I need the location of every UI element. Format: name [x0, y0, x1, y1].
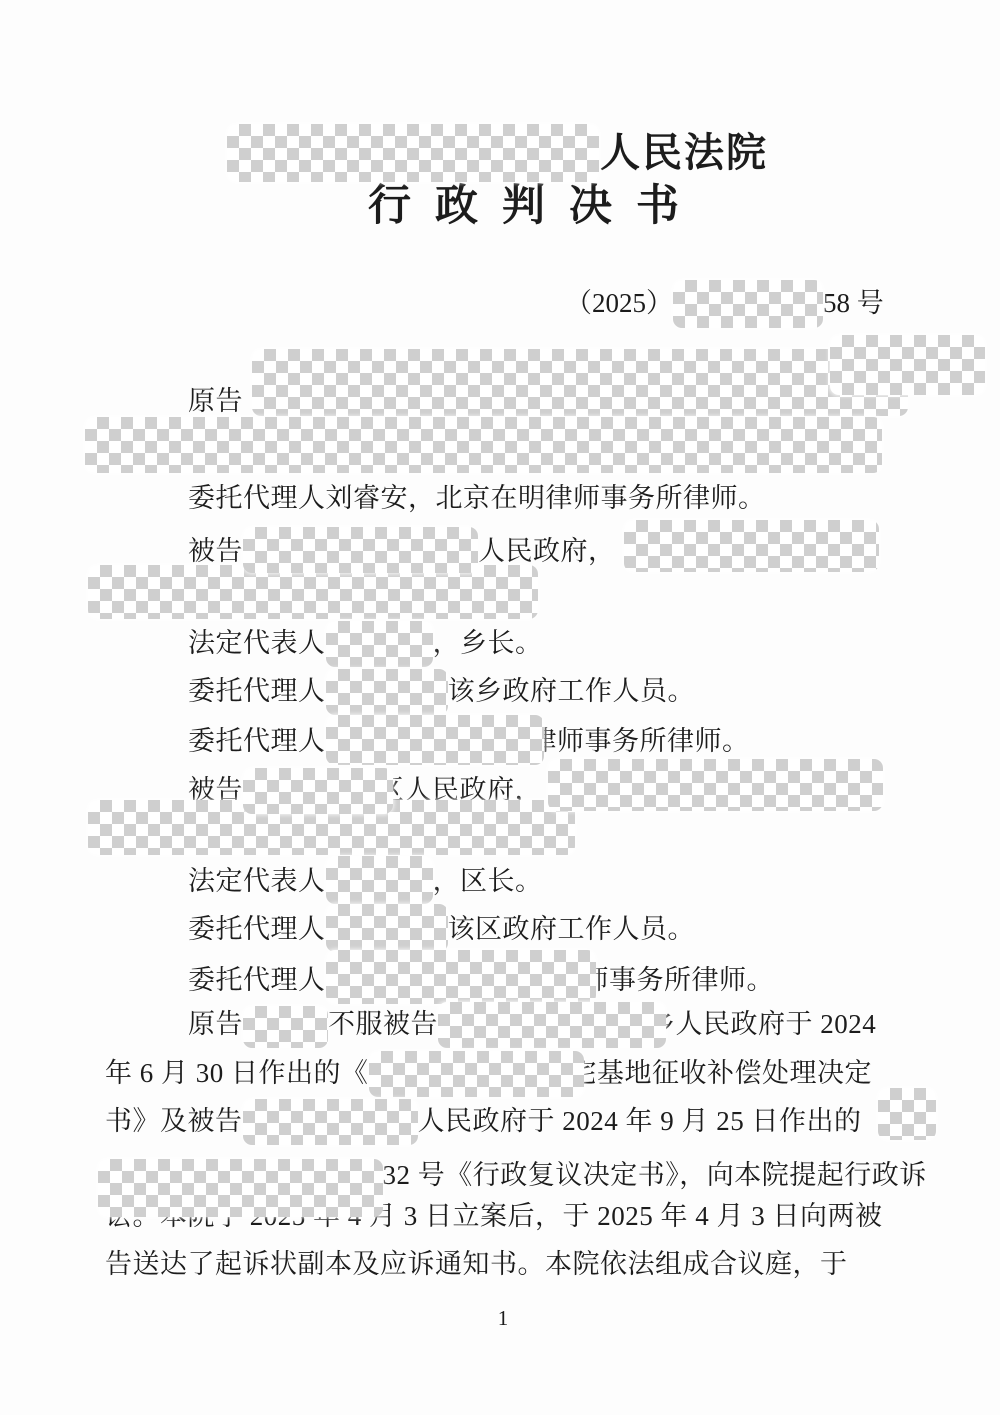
text-segment: 告送达了起诉状副本及应诉通知书。本院依法组成合议庭，于: [105, 1249, 848, 1279]
text-segment: 原告: [188, 1009, 243, 1039]
text-segment: 师事务所律师。: [582, 965, 775, 995]
text-segment: 书》及被告: [105, 1106, 243, 1136]
text-segment: 32 号《行政复议决定书》，向本院提起行政诉: [383, 1160, 927, 1190]
page-number: 1: [470, 1306, 536, 1330]
party-line-rep1: 法定代表人，乡长。: [188, 623, 543, 669]
redaction-block: [243, 1099, 418, 1145]
text-segment: 法定代表人: [188, 628, 326, 658]
text-segment: 人民法院: [600, 130, 768, 175]
text-segment: ，区长。: [433, 866, 543, 896]
document-page: 1 人民法院行政判决书（2025）58 号原告委托代理人刘睿安，北京在明律师事务…: [0, 0, 1000, 1415]
judgment-title: 行政判决书: [368, 180, 703, 234]
redaction-block: [243, 768, 393, 814]
redaction-block: [673, 280, 823, 328]
body-line-6: 告送达了起诉状副本及应诉通知书。本院依法组成合议庭，于: [105, 1246, 848, 1282]
redaction-block: [326, 904, 448, 952]
text-segment: 该乡政府工作人员。: [448, 676, 696, 706]
text-segment: 委托代理人: [188, 914, 326, 944]
redaction-block: [326, 621, 433, 667]
text-segment: ，乡长。: [433, 628, 543, 658]
party-line-agent4: 委托代理人该区政府工作人员。: [188, 908, 695, 956]
text-segment: 人民政府于 2024 年 9 月 25 日作出的: [418, 1106, 862, 1136]
text-segment: 不服被告: [328, 1009, 438, 1039]
text-segment: （2025）: [565, 288, 673, 318]
text-segment: 行政判决书: [368, 183, 703, 230]
text-segment: 该区政府工作人员。: [448, 914, 696, 944]
redaction-block: [878, 1088, 936, 1140]
body-line-2: 年 6 月 30 日作出的《宅基地征收补偿处理决定: [105, 1053, 872, 1099]
text-segment: 法定代表人: [188, 866, 326, 896]
text-segment: 乡人民政府于 2024: [648, 1009, 876, 1039]
redaction-block: [624, 520, 879, 572]
redaction-block: [326, 669, 448, 715]
court-name-line: 人民法院: [600, 128, 768, 178]
text-segment: 律师事务所律师。: [530, 726, 750, 756]
redaction-block: [326, 856, 433, 904]
case-number-line: （2025）58 号: [565, 282, 884, 330]
party-line-plaintiff: 原告: [188, 383, 243, 419]
redaction-block: [326, 950, 596, 1004]
redaction-block: [548, 759, 883, 811]
text-segment: 委托代理人: [188, 965, 326, 995]
redaction-block: [438, 1002, 666, 1048]
redaction-block: [98, 1159, 383, 1217]
redaction-block: [369, 1051, 584, 1097]
body-line-3: 书》及被告人民政府于 2024 年 9 月 25 日作出的: [105, 1101, 862, 1147]
redaction-block: [830, 335, 985, 395]
party-line-agent2: 委托代理人该乡政府工作人员。: [188, 671, 695, 717]
text-segment: 原告: [188, 386, 243, 416]
text-segment: 人民政府，: [478, 536, 616, 566]
text-segment: 被告: [188, 536, 243, 566]
text-segment: 年 6 月 30 日作出的《: [105, 1058, 369, 1088]
redaction-block: [326, 715, 544, 765]
text-segment: 宅基地征收补偿处理决定: [570, 1058, 873, 1088]
text-segment: 委托代理人: [188, 676, 326, 706]
redaction-block: [243, 1006, 328, 1048]
text-segment: 委托代理人刘睿安，北京在明律师事务所律师。: [188, 483, 766, 513]
redaction-block: [85, 417, 882, 473]
party-line-agent: 委托代理人刘睿安，北京在明律师事务所律师。: [188, 480, 766, 516]
redaction-block: [88, 565, 538, 619]
text-segment: 委托代理人: [188, 726, 326, 756]
text-segment: 58 号: [823, 288, 884, 318]
redaction-block: [252, 349, 908, 416]
redaction-block: [243, 527, 478, 573]
body-line-1: 原告不服被告乡人民政府于 2024: [188, 1004, 876, 1050]
redaction-block: [227, 124, 599, 182]
party-line-rep2: 法定代表人，区长。: [188, 860, 543, 908]
